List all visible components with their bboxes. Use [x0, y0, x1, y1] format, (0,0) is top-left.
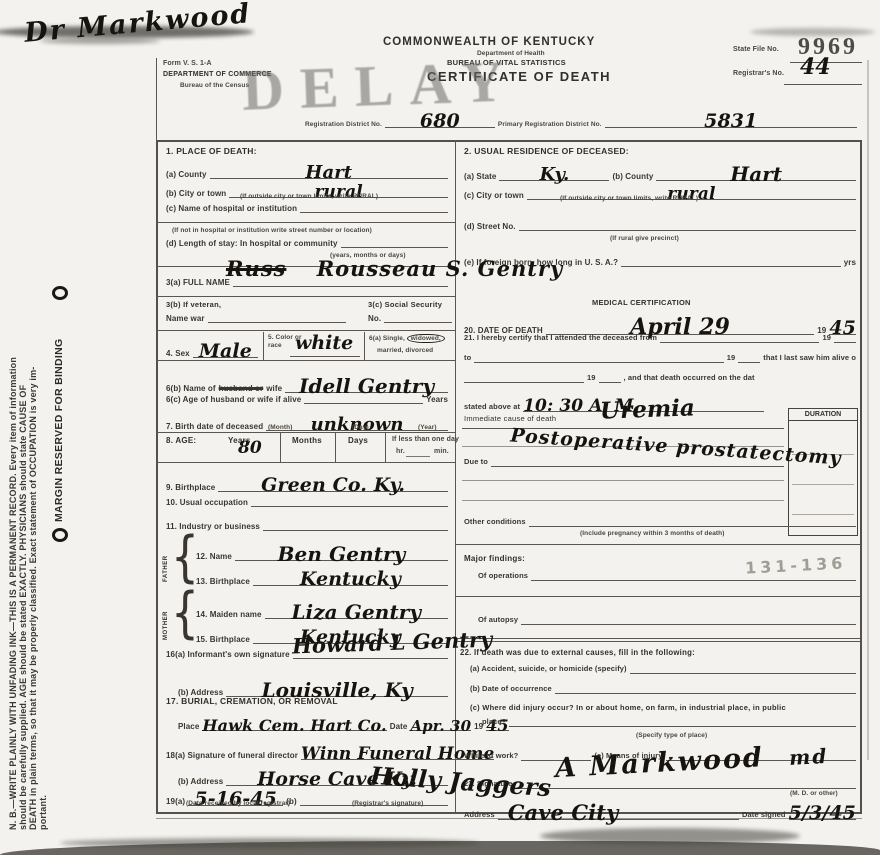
certify-occurred-label: , and that death occurred on the dat	[624, 374, 755, 383]
rule-line	[455, 140, 456, 814]
age-months-label: Months	[292, 436, 322, 445]
industry-field	[263, 522, 448, 531]
age-days-label: Days	[348, 436, 368, 445]
birthdate-row: 7. Birth date of deceased unknown	[166, 412, 448, 431]
reg-district-field: 680	[385, 108, 495, 128]
certify-text-1: 21. I hereby certify that I attended the…	[464, 334, 657, 343]
spouse-age-row: 6(c) Age of husband or wife if alive Yea…	[166, 395, 448, 404]
rule-line	[385, 432, 386, 462]
certify-field-2	[474, 354, 723, 363]
certify-field-1	[660, 334, 819, 343]
duration-label: DURATION	[789, 409, 857, 421]
margin-notice-line: N. B.—WRITE PLAINLY WITH UNFADING INK—TH…	[8, 162, 18, 830]
age-min-label: min.	[434, 448, 449, 455]
external-a-row: (a) Accident, suicide, or homicide (spec…	[470, 665, 856, 674]
rule-line	[156, 222, 455, 223]
father-birthplace-row: 13. Birthplace Kentucky	[196, 566, 448, 586]
received-label: 19(a)	[166, 797, 185, 806]
sex-label: 4. Sex	[166, 349, 190, 358]
other-conditions-label: Other conditions	[464, 518, 526, 527]
age-years-value: 80	[238, 440, 262, 457]
rule-line	[456, 638, 862, 639]
cause-label: Immediate cause of death	[464, 414, 556, 423]
informant-sig-label: 16(a) Informant's own signature	[166, 650, 290, 659]
other-conditions-row: Other conditions	[464, 518, 856, 527]
physician-addr-label: Address	[464, 811, 495, 820]
sex-value: Male	[199, 342, 252, 361]
full-name-label: 3(a) FULL NAME	[166, 278, 230, 287]
certify-year-2	[738, 354, 760, 363]
certify-line3: 19 , and that death occurred on the dat	[464, 374, 856, 383]
stated-label: stated above at	[464, 403, 520, 412]
res-city-label: (c) City or town	[464, 191, 524, 200]
county-row: (a) County Hart	[166, 160, 448, 179]
mother-brace: {	[171, 587, 199, 642]
sex-field: Male	[193, 338, 258, 358]
spouse-label-1: 6(b) Name of	[166, 384, 216, 393]
certify-19-3: 19	[587, 374, 596, 383]
city-hint: (If outside city or town limits, write R…	[240, 193, 378, 200]
occupation-row: 10. Usual occupation	[166, 498, 448, 507]
received-hint: (Date received by local registrar)	[186, 800, 290, 807]
birthplace-label: 9. Birthplace	[166, 483, 215, 492]
burial-date-label: Date	[390, 722, 408, 731]
operations-label: Of operations	[478, 572, 528, 581]
primary-district-value: 5831	[704, 112, 757, 131]
father-name-row: 12. Name Ben Gentry	[196, 540, 448, 561]
burial-place-field: Hawk Cem. Hart Co.	[202, 714, 386, 731]
spouse-row: 6(b) Name of husband or wife Idell Gentr…	[166, 372, 448, 393]
full-name-struck: Russ	[226, 256, 286, 281]
hospital-label: (c) Name of hospital or institution	[166, 204, 297, 213]
informant-addr-row: (b) Address Louisville, Ky	[178, 676, 448, 697]
res-city-hint: (If outside city or town limits, write R…	[560, 195, 698, 202]
district-row: Registration District No. 680 Primary Re…	[305, 108, 857, 128]
rule-line	[335, 432, 336, 462]
rule-line	[456, 596, 862, 597]
rule-line	[784, 84, 862, 85]
age-hr-label: hr.	[396, 448, 405, 455]
marital-widowed-circled: widowed,	[407, 334, 445, 343]
external-c-field	[509, 718, 856, 727]
work-label: While at work?	[464, 752, 518, 761]
commonwealth-title: COMMONWEALTH OF KENTUCKY	[383, 36, 595, 48]
mother-name-row: 14. Maiden name Liza Gentry	[196, 598, 448, 619]
burial-heading: 17. BURIAL, CREMATION, OR REMOVAL	[166, 696, 338, 706]
state-file-label: State File No.	[733, 46, 779, 53]
res-county-field: Hart	[656, 160, 856, 181]
rule-line	[156, 360, 455, 361]
due-label: Due to	[464, 458, 488, 467]
external-b-row: (b) Date of occurrence	[470, 685, 856, 694]
birthplace-row: 9. Birthplace Green Co. Ky.	[166, 472, 448, 492]
hospital-field	[300, 204, 448, 213]
margin-notice-text: N. B.—WRITE PLAINLY WITH UNFADING INK—TH…	[8, 162, 48, 830]
other-conditions-field	[529, 518, 856, 527]
hospital-row: (c) Name of hospital or institution	[166, 204, 448, 213]
res-state-field: Ky.	[499, 162, 609, 181]
mother-name-field: Liza Gentry	[265, 598, 448, 619]
date-signed-value: 5/3/45	[789, 804, 856, 823]
father-name-label: 12. Name	[196, 552, 232, 561]
scan-artifact	[867, 60, 869, 760]
occupation-label: 10. Usual occupation	[166, 498, 248, 507]
medical-heading: MEDICAL CERTIFICATION	[592, 298, 691, 307]
external-c-hint: (Specify type of place)	[636, 732, 707, 739]
street-hint: (If not in hospital or institution write…	[172, 227, 372, 234]
reg-district-value: 680	[420, 112, 460, 131]
county-field: Hart	[210, 160, 448, 179]
certify-year-1	[834, 334, 856, 343]
father-birthplace-value: Kentucky	[300, 570, 401, 589]
section2-heading: 2. USUAL RESIDENCE OF DECEASED:	[464, 146, 629, 156]
primary-district-field: 5831	[605, 108, 857, 128]
margin-notice-line: portant.	[38, 162, 48, 830]
mother-group-label: MOTHER	[163, 611, 169, 640]
mother-name-label: 14. Maiden name	[196, 610, 262, 619]
res-county-value: Hart	[730, 164, 782, 184]
sex-row: 4. Sex Male	[166, 338, 258, 358]
section1-heading: 1. PLACE OF DEATH:	[166, 146, 257, 156]
certify-to-label: to	[464, 354, 471, 363]
age-less-label: If less than one day	[392, 436, 459, 443]
physician-addr-value: Cave City	[508, 802, 619, 823]
rule-line	[156, 58, 157, 140]
stay-field	[341, 239, 448, 248]
father-name-field: Ben Gentry	[235, 540, 448, 561]
mother-name-value: Liza Gentry	[291, 602, 421, 622]
death-certificate-scan: Dr Markwood N. B.—WRITE PLAINLY WITH UNF…	[0, 0, 880, 855]
res-county-label: (b) County	[612, 172, 653, 181]
rule-line	[156, 296, 455, 297]
margin-notice-line: should be carefully supplied. AGE should…	[18, 162, 28, 830]
father-brace: {	[171, 531, 199, 586]
duration-box: DURATION	[788, 408, 858, 536]
certify-line1: 21. I hereby certify that I attended the…	[464, 334, 856, 343]
rule-line	[364, 332, 365, 360]
rule-line	[406, 456, 430, 457]
director-row: 18(a) Signature of funeral director Winn…	[166, 742, 448, 760]
cause-value: Uremia	[600, 396, 696, 422]
autopsy-row: Of autopsy	[478, 616, 856, 625]
burial-place-label: Place	[178, 722, 199, 731]
external-c-label: (c) Where did injury occur? In or about …	[470, 703, 786, 712]
autopsy-field	[521, 616, 856, 625]
rule-line	[462, 480, 784, 481]
rule-line	[156, 462, 455, 463]
birthplace-field: Green Co. Ky.	[218, 472, 448, 492]
physician-addr-field: Cave City	[498, 798, 739, 820]
rule-line	[462, 500, 784, 501]
father-group-label: FATHER	[163, 555, 169, 582]
marital-rest: married, divorced	[377, 347, 433, 354]
registrar-sig-hint: (Registrar's signature)	[352, 800, 423, 807]
informant-sig-value: Howard L Gentry	[292, 629, 493, 657]
stay-row: (d) Length of stay: In hospital or commu…	[166, 239, 448, 248]
day-hint: (Day)	[352, 424, 369, 431]
full-name-handwriting: Russ Rousseau S. Gentry	[226, 258, 563, 279]
certify-field-3	[464, 374, 584, 383]
year-hint: (Year)	[418, 424, 437, 431]
spouse-age-label: 6(c) Age of husband or wife if alive	[166, 395, 301, 404]
ssn-no-row: No.	[368, 314, 452, 323]
spouse-label-2: wife	[266, 384, 282, 393]
stay-label: (d) Length of stay: In hospital or commu…	[166, 239, 338, 248]
autopsy-label: Of autopsy	[478, 616, 518, 625]
father-birthplace-label: 13. Birthplace	[196, 577, 250, 586]
burial-place-row: Place Hawk Cem. Hart Co. Date Apr. 30 19…	[178, 714, 448, 731]
margin-notice-line: DEATH in plain terms, so that it may be …	[28, 162, 38, 830]
spouse-value: Idell Gentry	[299, 376, 434, 396]
mother-birthplace-label: 15. Birthplace	[196, 635, 250, 644]
informant-addr-field: Louisville, Ky	[226, 676, 448, 697]
date-signed-field: 5/3/45	[789, 800, 856, 820]
external-b-label: (b) Date of occurrence	[470, 685, 552, 694]
veteran-war-label: Name war	[166, 314, 205, 323]
findings-label: Major findings:	[464, 554, 525, 563]
age-label: 8. AGE:	[166, 436, 196, 445]
race-label-2: race	[268, 342, 282, 349]
burial-date-field: Apr. 30	[410, 715, 471, 731]
binding-hole-icon	[52, 528, 68, 542]
rule-line	[792, 514, 854, 515]
ssn-label: 3(c) Social Security	[368, 300, 442, 309]
certify-line2: to 19 that I last saw him alive o	[464, 354, 856, 363]
marital-label: 6(a) Single, widowed,	[369, 334, 445, 343]
res-street-hint: (If rural give precinct)	[610, 235, 679, 242]
veteran-war-field	[208, 314, 346, 323]
res-street-row: (d) Street No.	[464, 222, 856, 231]
res-street-field	[519, 222, 856, 231]
city-label: (b) City or town	[166, 189, 226, 198]
res-state-label: (a) State	[464, 172, 496, 181]
month-hint: (Month)	[268, 424, 293, 431]
margin-binding-label: MARGIN RESERVED FOR BINDING	[53, 310, 65, 522]
reg-district-label: Registration District No.	[305, 121, 382, 128]
foreign-born-suffix: yrs	[844, 258, 856, 267]
date-of-death-row: 20. DATE OF DEATH April 29 19 45	[464, 312, 856, 335]
external-b-field	[555, 685, 856, 694]
external-c-label2: place?	[482, 718, 506, 727]
physician-sig-suffix: md	[789, 744, 829, 770]
certify-19-2: 19	[727, 354, 736, 363]
foreign-born-field	[621, 258, 841, 267]
certify-19-1: 19	[822, 334, 831, 343]
rule-line	[156, 330, 455, 331]
date-signed-label: Date signed	[742, 811, 786, 820]
rule-line	[792, 484, 854, 485]
father-birthplace-field: Kentucky	[253, 566, 448, 586]
veteran-label: 3(b) If veteran,	[166, 300, 221, 309]
external-heading: 22. If death was due to external causes,…	[460, 648, 695, 657]
rule-line	[280, 432, 281, 462]
form-number: Form V. S. 1-A	[163, 60, 212, 67]
spouse-struck-label: husband or	[219, 384, 264, 393]
external-c-row2: place?	[482, 718, 856, 727]
county-label: (a) County	[166, 170, 207, 179]
scan-artifact	[540, 828, 800, 844]
director-addr-label: (b) Address	[178, 777, 223, 786]
certify-year-3	[599, 374, 621, 383]
scan-artifact	[60, 838, 480, 848]
director-label: 18(a) Signature of funeral director	[166, 751, 298, 760]
race-value: white	[295, 334, 353, 353]
certify-alive-label: that I last saw him alive o	[763, 354, 856, 363]
primary-district-label: Primary Registration District No.	[498, 121, 602, 128]
marital-single: 6(a) Single,	[369, 335, 405, 342]
external-a-field	[630, 665, 856, 674]
spouse-age-suffix: Years	[426, 395, 448, 404]
dod-field: April 29	[546, 312, 815, 335]
full-name-value: Rousseau S. Gentry	[317, 256, 564, 281]
spouse-field: Idell Gentry	[285, 372, 448, 393]
burial-place-value: Hawk Cem. Hart Co.	[202, 718, 386, 734]
ssn-no-field	[384, 314, 452, 323]
rule-line	[156, 432, 455, 433]
dod-year-field: 45	[829, 315, 856, 335]
rule-line	[290, 356, 360, 357]
occupation-field	[251, 498, 448, 507]
external-a-label: (a) Accident, suicide, or homicide (spec…	[470, 665, 627, 674]
rule-line	[456, 544, 862, 545]
father-name-value: Ben Gentry	[278, 544, 406, 564]
binding-hole-icon	[52, 286, 68, 300]
other-conditions-hint: (Include pregnancy within 3 months of de…	[580, 530, 725, 537]
birthdate-label: 7. Birth date of deceased	[166, 422, 263, 431]
ssn-no-label: No.	[368, 314, 381, 323]
rule-line	[263, 332, 264, 360]
physician-sig-hint: (M. D. or other)	[790, 790, 838, 797]
rule-line	[456, 641, 862, 642]
birthplace-value: Green Co. Ky.	[261, 476, 405, 495]
registrar-no-value: 44	[800, 56, 831, 78]
registrar-no-label: Registrar's No.	[733, 70, 784, 77]
res-state-row: (a) State Ky. (b) County Hart	[464, 160, 856, 181]
spouse-age-field	[304, 395, 423, 404]
burial-date-value: Apr. 30	[410, 719, 471, 734]
veteran-war-row: Name war	[166, 314, 346, 323]
res-street-label: (d) Street No.	[464, 222, 516, 231]
bureau-census-label: Bureau of the Census	[180, 82, 249, 89]
physician-addr-row: Address Cave City Date signed 5/3/45	[464, 798, 856, 820]
industry-row: 11. Industry or business	[166, 522, 448, 531]
